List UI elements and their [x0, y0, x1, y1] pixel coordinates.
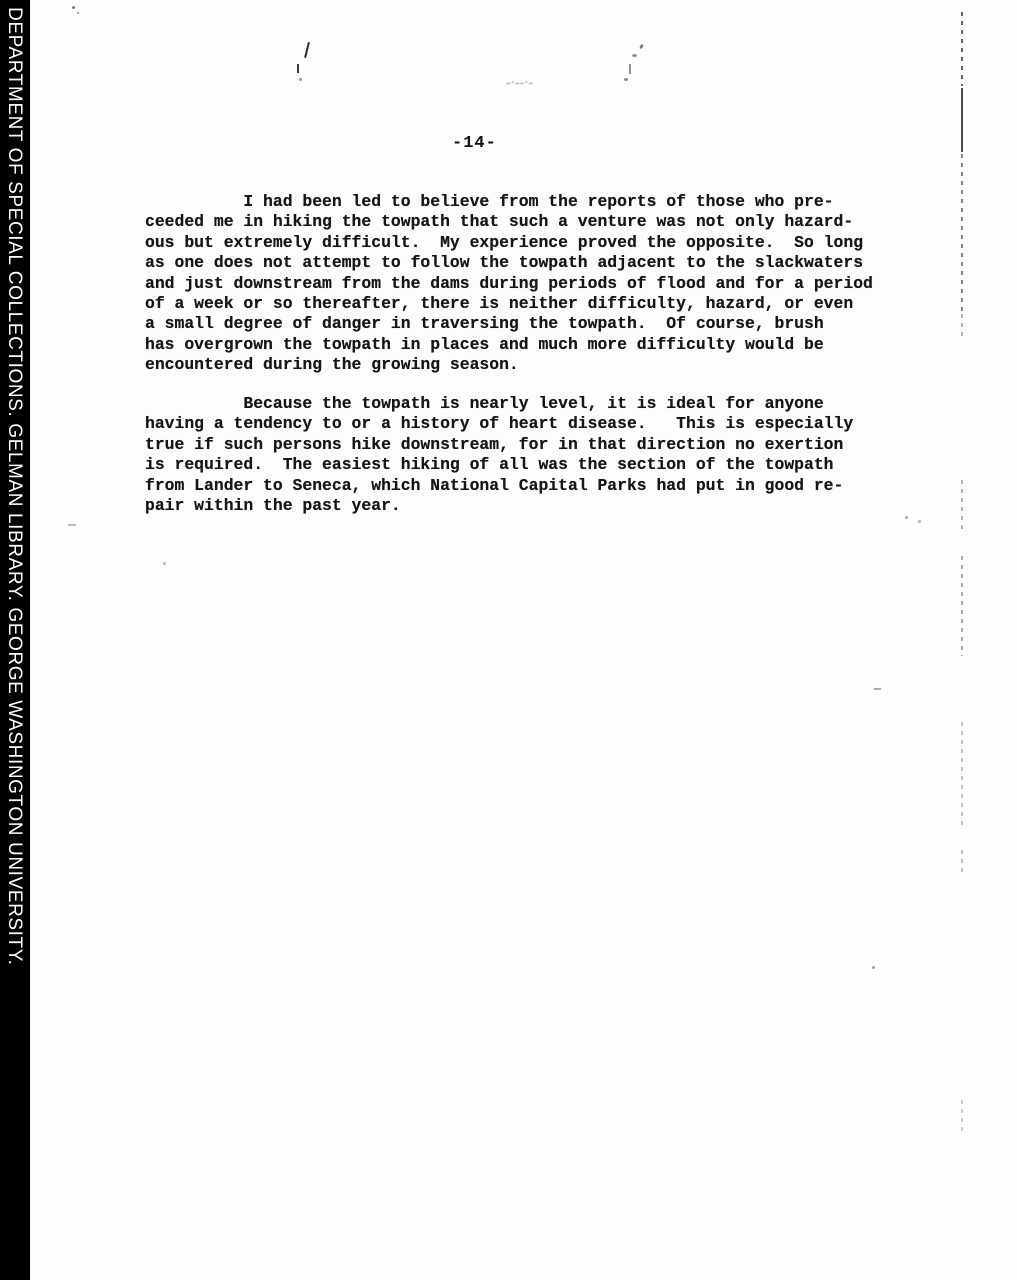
pencil-scribble-mark: -·--·-	[506, 76, 533, 91]
typewritten-line: is required. The easiest hiking of all w…	[145, 455, 853, 475]
paragraph-1: I had been led to believe from the repor…	[145, 192, 873, 376]
scan-scratch-line	[961, 154, 963, 312]
stray-dash-mark	[874, 688, 881, 690]
stray-speck	[632, 54, 637, 57]
typewritten-line: true if such persons hike downstream, fo…	[145, 435, 853, 455]
scan-scratch-line	[961, 12, 963, 86]
scan-scratch-line	[961, 480, 963, 532]
scan-scratch-line	[961, 88, 963, 152]
typewritten-line: a small degree of danger in traversing t…	[145, 314, 873, 334]
stray-speck	[77, 12, 79, 14]
typewritten-line: ous but extremely difficult. My experien…	[145, 233, 873, 253]
stray-speck	[905, 516, 908, 519]
typewritten-line: encountered during the growing season.	[145, 355, 873, 375]
stray-speck	[163, 562, 166, 565]
paragraph-2: Because the towpath is nearly level, it …	[145, 394, 853, 516]
scan-scratch-line	[961, 1100, 963, 1136]
typewritten-line: ceeded me in hiking the towpath that suc…	[145, 212, 873, 232]
typewritten-line: of a week or so thereafter, there is nei…	[145, 294, 873, 314]
typewritten-line: pair within the past year.	[145, 496, 853, 516]
stray-speck	[299, 78, 302, 81]
archive-stamp-text: DEPARTMENT OF SPECIAL COLLECTIONS. GELMA…	[2, 7, 26, 965]
scan-scratch-line	[961, 850, 963, 874]
stray-dash-mark	[68, 524, 76, 526]
stray-slash-mark	[304, 42, 310, 58]
typewritten-line: Because the towpath is nearly level, it …	[145, 394, 853, 414]
stray-tick-mark	[629, 64, 631, 74]
stray-speck	[72, 6, 75, 9]
scan-scratch-line	[961, 722, 963, 828]
scan-scratch-line	[961, 556, 963, 656]
typewritten-line: has overgrown the towpath in places and …	[145, 335, 873, 355]
stray-speck	[918, 520, 921, 523]
page-number: -14-	[452, 134, 497, 153]
typewritten-line: as one does not attempt to follow the to…	[145, 253, 873, 273]
typewritten-line: having a tendency to or a history of hea…	[145, 414, 853, 434]
stray-tick-mark	[297, 64, 299, 73]
stray-speck	[872, 966, 875, 969]
typewritten-line: from Lander to Seneca, which National Ca…	[145, 476, 853, 496]
stray-speck	[624, 78, 628, 81]
typewritten-line: and just downstream from the dams during…	[145, 274, 873, 294]
scan-scratch-line	[961, 314, 963, 336]
stray-speck	[639, 44, 644, 50]
typewritten-line: I had been led to believe from the repor…	[145, 192, 873, 212]
